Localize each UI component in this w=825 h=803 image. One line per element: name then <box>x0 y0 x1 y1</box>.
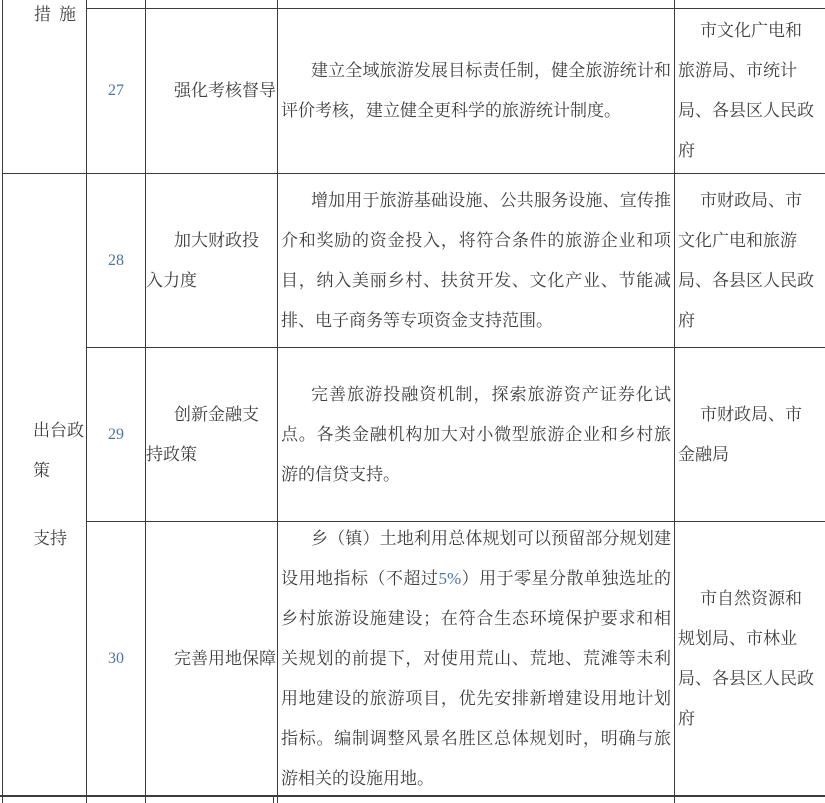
measure-description: 完善旅游投融资机制，探索旅游资产证券化试点。各类金融机构加大对小微型旅游企业和乡… <box>278 348 674 521</box>
grid-line-col-title-stub <box>273 796 274 803</box>
responsible-departments: 市文化广电和 旅游局、市统计 局、各县区人民政 府 <box>675 9 825 173</box>
policy-table: 措施 出台政策 支持 27 强化考核督导 建立全域旅游发展目标责任制，健全旅游统… <box>0 0 825 803</box>
responsible-departments: 市财政局、市 文化广电和旅游 局、各县区人民政 府 <box>675 174 825 347</box>
category-cell-measures: 措施 <box>3 0 86 172</box>
row-number: 28 <box>87 174 145 347</box>
row-number: 27 <box>87 9 145 173</box>
measure-title: 强化考核督导 <box>146 9 277 173</box>
row-number: 29 <box>87 348 145 521</box>
measure-title: 创新金融支 持政策 <box>146 348 277 521</box>
measure-description: 乡（镇）土地利用总体规划可以预留部分规划建设用地指标（不超过5%）用于零星分散单… <box>278 522 674 795</box>
category-label: 出台政策 <box>33 411 86 491</box>
percentage-value: 5% <box>438 569 461 588</box>
responsible-departments: 市财政局、市 金融局 <box>675 348 825 521</box>
category-cell-policy-support: 出台政策 支持 <box>3 174 86 795</box>
measure-title: 完善用地保障 <box>146 522 277 795</box>
row-number: 30 <box>87 522 145 795</box>
category-label: 支持 <box>33 519 86 559</box>
responsible-departments: 市自然资源和 规划局、市林业 局、各县区人民政 府 <box>675 522 825 795</box>
measure-title: 加大财政投 入力度 <box>146 174 277 347</box>
category-label: 措施 <box>34 0 86 30</box>
measure-description: 增加用于旅游基础设施、公共服务设施、宣传推介和奖励的资金投入，将符合条件的旅游企… <box>278 174 674 347</box>
measure-description: 建立全域旅游发展目标责任制，健全旅游统计和评价考核，建立健全更科学的旅游统计制度… <box>278 9 674 173</box>
